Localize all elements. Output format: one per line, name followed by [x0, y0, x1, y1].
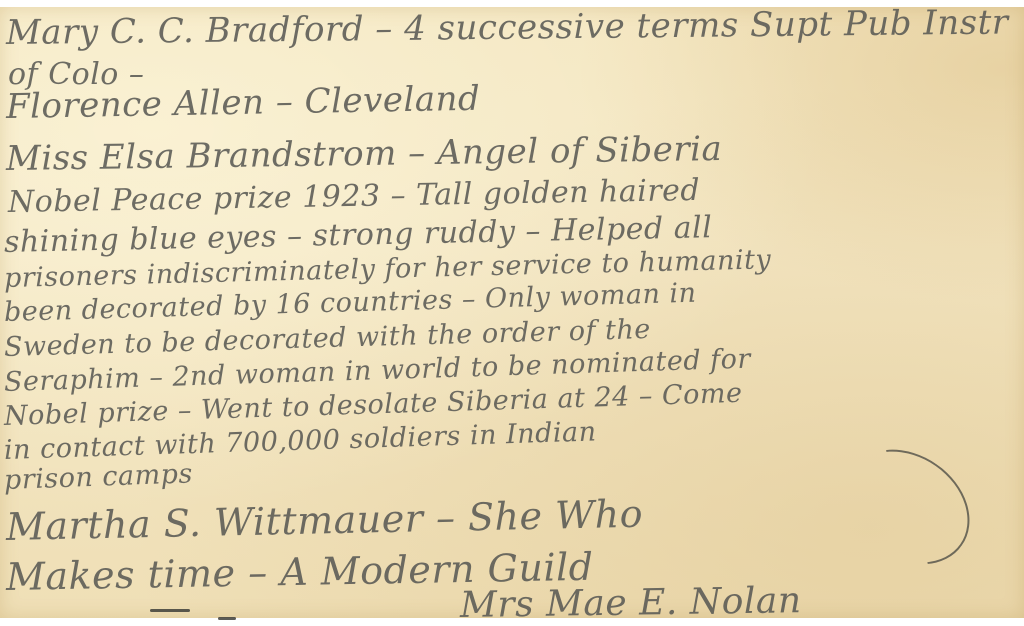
line-prison-camps: prison camps: [3, 458, 193, 496]
line-elsa-brandstrom: Miss Elsa Brandstrom – Angel of Siberia: [6, 129, 723, 179]
line-martha-wittmauer: Martha S. Wittmauer – She Who: [6, 492, 644, 549]
handwritten-note-card: Mary C. C. Bradford – 4 successive terms…: [0, 7, 1024, 618]
line-bradford: Mary C. C. Bradford – 4 successive terms…: [6, 3, 1009, 53]
line-mae-nolan: Mrs Mae E. Nolan: [460, 580, 802, 618]
underline-mark: [150, 609, 190, 612]
pencil-curve-mark: [822, 426, 991, 588]
line-florence-allen: Florence Allen – Cleveland: [6, 79, 481, 127]
